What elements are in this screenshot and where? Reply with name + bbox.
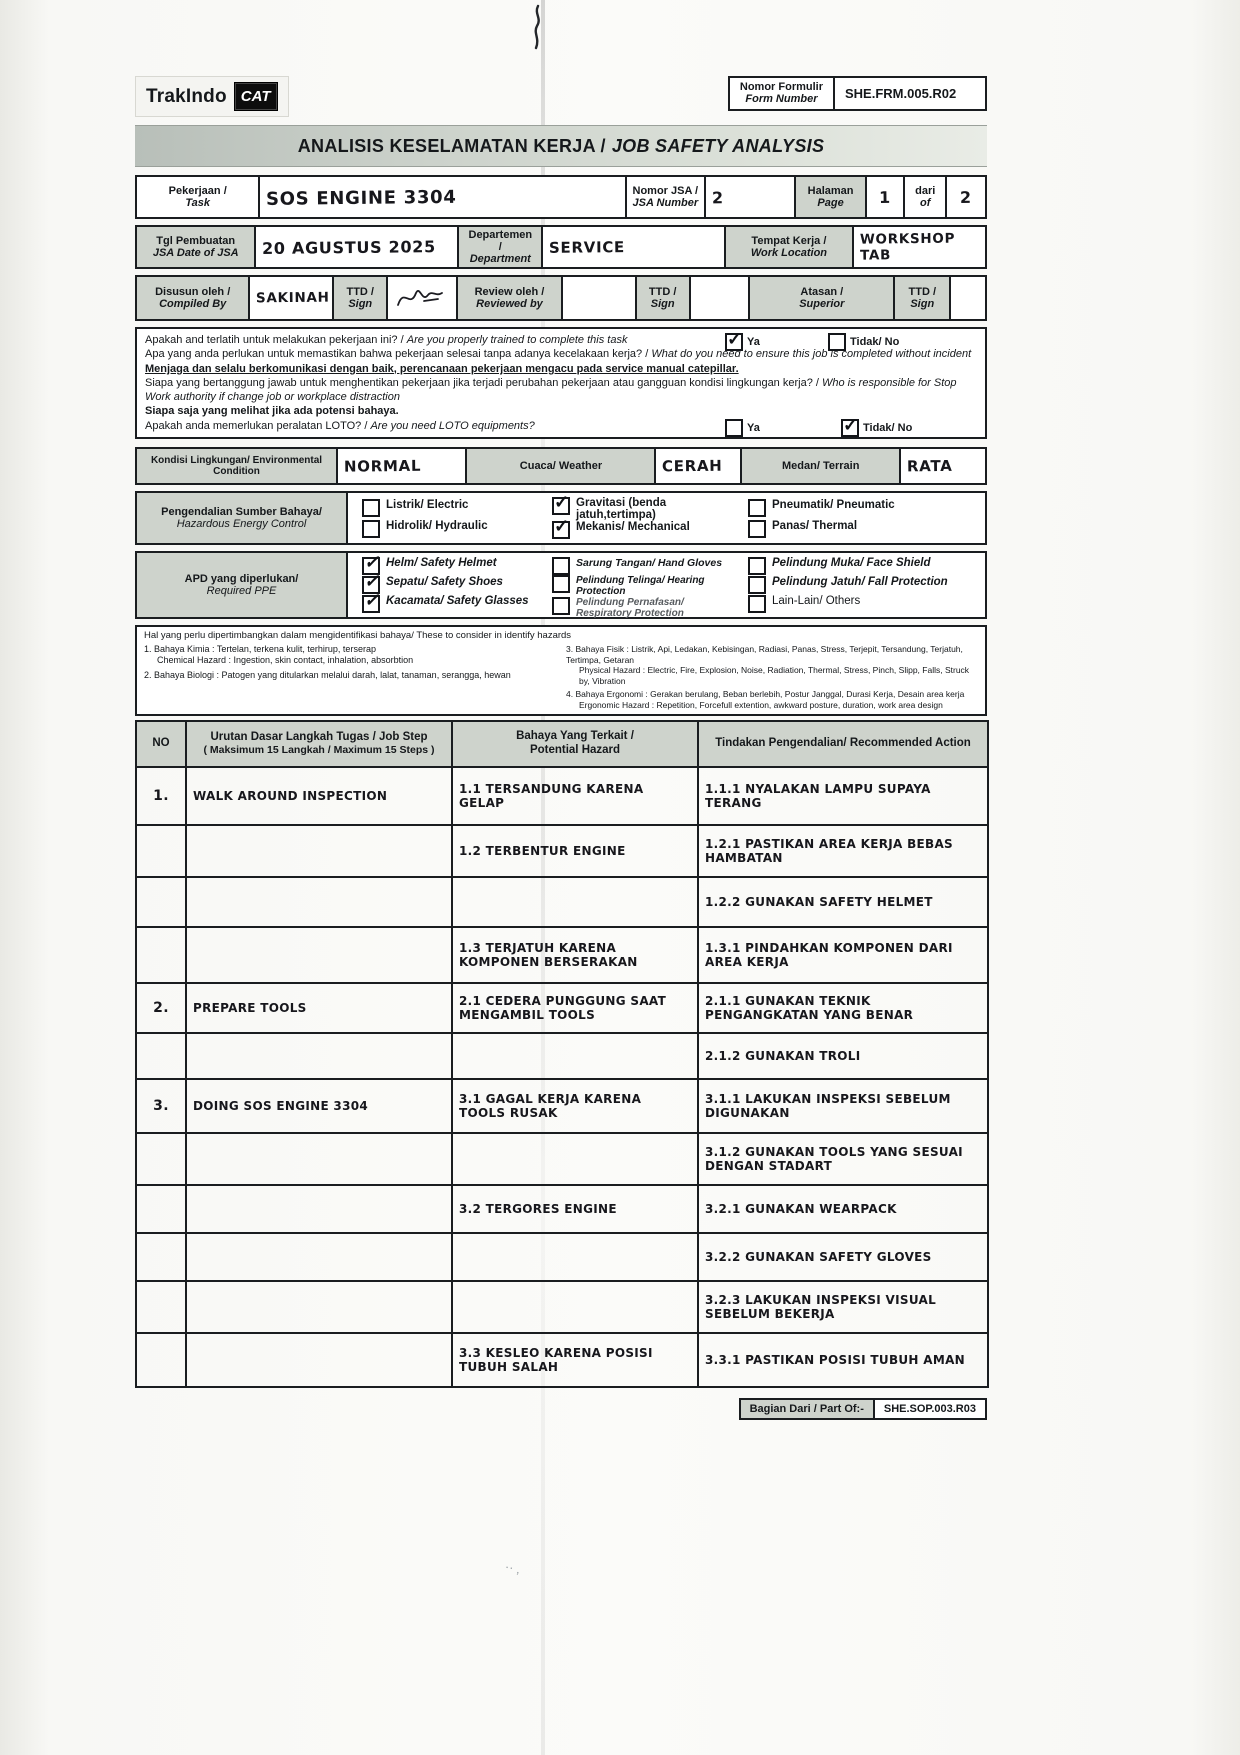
loto-no-checkbox [841, 419, 859, 437]
question-stop-work: Siapa yang bertanggung jawab untuk mengh… [145, 376, 977, 390]
part-of-value: SHE.SOP.003.R03 [873, 1398, 987, 1420]
brand-name: TrakIndo [146, 86, 227, 108]
form-title: ANALISIS KESELAMATAN KERJA / JOB SAFETY … [135, 125, 987, 167]
recommended-action: 3.2.1 GUNAKAN WEARPACK [698, 1185, 988, 1233]
jsa-steps-table: NO Urutan Dasar Langkah Tugas / Job Step… [135, 720, 989, 1388]
reviewed-by-value [561, 277, 635, 319]
potential-hazard: 3.2 TERGORES ENGINE [452, 1185, 698, 1233]
ppe-kacamata-checkbox [362, 595, 380, 613]
step-no: 1. [136, 767, 186, 825]
ppe-pelindung-muka-checkbox [748, 557, 766, 575]
potential-hazard: 1.3 TERJATUH KARENA KOMPONEN BERSERAKAN [452, 927, 698, 983]
job-step [186, 927, 452, 983]
potential-hazard: 2.1 CEDERA PUNGGUNG SAAT MENGAMBIL TOOLS [452, 983, 698, 1033]
superior-label: Atasan /Superior [748, 277, 893, 319]
note-ergonomic-id: 4. Bahaya Ergonomi : Gerakan berulang, B… [566, 689, 978, 700]
ppe-sarung-tangan: Sarung Tangan/ Hand Gloves [552, 557, 734, 575]
form-number-label: Nomor Formulir Form Number [730, 78, 835, 109]
ppe-label: APD yang diperlukan/Required PPE [137, 553, 346, 617]
ppe-kacamata: Kacamata/ Safety Glasses [362, 595, 538, 613]
table-row: 3.1.2 GUNAKAN TOOLS YANG SESUAI DENGAN S… [136, 1133, 988, 1185]
terrain-value: RATA [899, 449, 985, 483]
job-step [186, 1033, 452, 1079]
job-step [186, 1281, 452, 1333]
info-row-signatures: Disusun oleh /Compiled By SAKINAH TTD /S… [135, 275, 987, 321]
work-location-label: Tempat Kerja /Work Location [724, 227, 851, 267]
energy-panas: Panas/ Thermal [748, 520, 985, 538]
jsa-number-value: 2 [704, 177, 794, 217]
table-row: 2. PREPARE TOOLS 2.1 CEDERA PUNGGUNG SAA… [136, 983, 988, 1033]
energy-mekanis-checkbox [552, 521, 570, 539]
form-header: TrakIndo CAT Nomor Formulir Form Number … [135, 76, 987, 117]
recommended-action: 3.2.2 GUNAKAN SAFETY GLOVES [698, 1233, 988, 1281]
ppe-pelindung-jatuh: Pelindung Jatuh/ Fall Protection [748, 576, 985, 594]
energy-mekanis: Mekanis/ Mechanical [552, 521, 734, 539]
note-biological-id: 2. Bahaya Biologi : Patogen yang ditular… [144, 670, 556, 681]
weather-value: CERAH [654, 449, 740, 483]
col-header-hazard: Bahaya Yang Terkait / Potential Hazard [452, 721, 698, 767]
col-header-step: Urutan Dasar Langkah Tugas / Job Step ( … [186, 721, 452, 767]
job-step [186, 1333, 452, 1387]
job-step: DOING SOS ENGINE 3304 [186, 1079, 452, 1133]
task-value: SOS ENGINE 3304 [258, 177, 624, 217]
step-no [136, 1133, 186, 1185]
ppe-helm: Helm/ Safety Helmet [362, 557, 538, 575]
reviewed-by-label: Review oleh /Reviewed by [456, 277, 561, 319]
question-need-answer: Menjaga dan selalu berkomunikasi dengan … [145, 362, 977, 376]
energy-control-label: Pengendalian Sumber Bahaya/Hazardous Ene… [137, 493, 346, 543]
potential-hazard [452, 1133, 698, 1185]
step-no [136, 1333, 186, 1387]
step-no [136, 1281, 186, 1333]
table-row: 1.3 TERJATUH KARENA KOMPONEN BERSERAKAN … [136, 927, 988, 983]
weather-label: Cuaca/ Weather [465, 449, 654, 483]
table-row: 3.2.3 LAKUKAN INSPEKSI VISUAL SEBELUM BE… [136, 1281, 988, 1333]
environment-label: Kondisi Lingkungan/ Environmental Condit… [137, 449, 336, 483]
potential-hazard: 3.3 KESLEO KARENA POSISI TUBUH SALAH [452, 1333, 698, 1387]
potential-hazard: 1.2 TERBENTUR ENGINE [452, 825, 698, 877]
page-label: HalamanPage [794, 177, 866, 217]
part-of-label: Bagian Dari / Part Of:- [739, 1398, 873, 1420]
step-no [136, 825, 186, 877]
environment-value: NORMAL [336, 449, 465, 483]
potential-hazard [452, 1281, 698, 1333]
hazard-notes-right: 3. Bahaya Fisik : Listrik, Api, Ledakan,… [566, 644, 978, 711]
question-trained: Apakah and terlatih untuk melakukan peke… [145, 333, 977, 347]
ppe-sepatu: Sepatu/ Safety Shoes [362, 576, 538, 594]
ink-fold-mark [528, 4, 546, 55]
energy-listrik: Listrik/ Electric [362, 499, 538, 517]
job-step: PREPARE TOOLS [186, 983, 452, 1033]
question-loto: Apakah anda memerlukan peralatan LOTO? /… [145, 419, 977, 433]
energy-control-section: Pengendalian Sumber Bahaya/Hazardous Ene… [135, 491, 987, 545]
form-number-value: SHE.FRM.005.R02 [835, 78, 985, 109]
ppe-pelindung-telinga: Pelindung Telinga/ Hearing Protection [552, 575, 734, 597]
pre-job-questions: Apakah and terlatih untuk melakukan peke… [135, 327, 987, 439]
recommended-action: 1.2.1 PASTIKAN AREA KERJA BEBAS HAMBATAN [698, 825, 988, 877]
compiled-signature [386, 277, 456, 319]
hazard-identification-notes: Hal yang perlu dipertimbangkan dalam men… [135, 625, 987, 716]
table-row: 3. DOING SOS ENGINE 3304 3.1 GAGAL KERJA… [136, 1079, 988, 1133]
info-row-task: Pekerjaan /Task SOS ENGINE 3304 Nomor JS… [135, 175, 987, 219]
loto-option-no: Tidak/ No [841, 419, 912, 437]
note-ergonomic-en: Ergonomic Hazard : Repetition, Forcefull… [566, 700, 978, 711]
step-no [136, 1233, 186, 1281]
job-step [186, 1185, 452, 1233]
task-label: Pekerjaan /Task [137, 177, 258, 217]
recommended-action: 3.2.3 LAKUKAN INSPEKSI VISUAL SEBELUM BE… [698, 1281, 988, 1333]
step-no: 2. [136, 983, 186, 1033]
note-physical-id: 3. Bahaya Fisik : Listrik, Api, Ledakan,… [566, 644, 978, 665]
recommended-action: 1.2.2 GUNAKAN SAFETY HELMET [698, 877, 988, 927]
table-row: 2.1.2 GUNAKAN TROLI [136, 1033, 988, 1079]
info-row-date: Tgl PembuatanJSA Date of JSA 20 AGUSTUS … [135, 225, 987, 269]
step-no [136, 927, 186, 983]
date-value: 20 AGUSTUS 2025 [254, 227, 457, 267]
energy-listrik-checkbox [362, 499, 380, 517]
energy-panas-checkbox [748, 520, 766, 538]
table-row: 1.2 TERBENTUR ENGINE 1.2.1 PASTIKAN AREA… [136, 825, 988, 877]
recommended-action: 3.3.1 PASTIKAN POSISI TUBUH AMAN [698, 1333, 988, 1387]
energy-hidrolik-checkbox [362, 520, 380, 538]
potential-hazard [452, 1233, 698, 1281]
superior-signature [949, 277, 985, 319]
reviewed-signature [689, 277, 749, 319]
job-step [186, 877, 452, 927]
form-footer: Bagian Dari / Part Of:- SHE.SOP.003.R03 [135, 1398, 987, 1420]
potential-hazard: 1.1 TERSANDUNG KARENA GELAP [452, 767, 698, 825]
table-row: 3.2.2 GUNAKAN SAFETY GLOVES [136, 1233, 988, 1281]
step-no [136, 877, 186, 927]
potential-hazard: 3.1 GAGAL KERJA KARENA TOOLS RUSAK [452, 1079, 698, 1133]
page-of-label: dariof [903, 177, 945, 217]
col-header-no: NO [136, 721, 186, 767]
question-stop-work-line2: Work authority if change job or workplac… [145, 390, 977, 404]
recommended-action: 3.1.1 LAKUKAN INSPEKSI SEBELUM DIGUNAKAN [698, 1079, 988, 1133]
ppe-pelindung-jatuh-checkbox [748, 576, 766, 594]
reviewed-sign-label: TTD /Sign [635, 277, 689, 319]
ppe-pelindung-pernafasan-checkbox [552, 597, 570, 615]
energy-hidrolik: Hidrolik/ Hydraulic [362, 520, 538, 538]
jsa-form: TrakIndo CAT Nomor Formulir Form Number … [135, 76, 987, 1420]
hazard-notes-title: Hal yang perlu dipertimbangkan dalam men… [144, 630, 978, 642]
compiled-by-value: SAKINAH [248, 277, 332, 319]
recommended-action: 3.1.2 GUNAKAN TOOLS YANG SESUAI DENGAN S… [698, 1133, 988, 1185]
energy-pneumatik-checkbox [748, 499, 766, 517]
page-value: 1 [865, 177, 903, 217]
energy-gravitasi: Gravitasi (benda jatuh,tertimpa) [552, 497, 734, 521]
job-step [186, 1233, 452, 1281]
ppe-lain-lain: Lain-Lain/ Others [748, 595, 985, 613]
potential-hazard [452, 1033, 698, 1079]
table-row: 1.2.2 GUNAKAN SAFETY HELMET [136, 877, 988, 927]
compiled-sign-label: TTD /Sign [332, 277, 386, 319]
table-row: 3.2 TERGORES ENGINE 3.2.1 GUNAKAN WEARPA… [136, 1185, 988, 1233]
energy-pneumatik: Pneumatik/ Pneumatic [748, 499, 985, 517]
loto-option-yes: Ya [725, 419, 760, 437]
page-of-value: 2 [945, 177, 985, 217]
cat-logo-icon: CAT [234, 82, 278, 111]
superior-sign-label: TTD /Sign [893, 277, 949, 319]
hazard-notes-left: 1. Bahaya Kimia : Tertelan, terkena kuli… [144, 644, 556, 711]
recommended-action: 1.3.1 PINDAHKAN KOMPONEN DARI AREA KERJA [698, 927, 988, 983]
col-header-action: Tindakan Pengendalian/ Recommended Actio… [698, 721, 988, 767]
scan-smudge: ·· ‚ [504, 1559, 522, 1577]
table-row: 3.3 KESLEO KARENA POSISI TUBUH SALAH 3.3… [136, 1333, 988, 1387]
step-no [136, 1033, 186, 1079]
trakindo-logo: TrakIndo CAT [135, 76, 289, 117]
terrain-label: Medan/ Terrain [740, 449, 899, 483]
compiled-by-label: Disusun oleh /Compiled By [137, 277, 248, 319]
question-need: Apa yang anda perlukan untuk memastikan … [145, 347, 977, 361]
ppe-sarung-tangan-checkbox [552, 557, 570, 575]
loto-yes-checkbox [725, 419, 743, 437]
table-header-row: NO Urutan Dasar Langkah Tugas / Job Step… [136, 721, 988, 767]
conditions-row: Kondisi Lingkungan/ Environmental Condit… [135, 447, 987, 485]
recommended-action: 2.1.1 GUNAKAN TEKNIK PENGANGKATAN YANG B… [698, 983, 988, 1033]
ppe-section: APD yang diperlukan/Required PPE Helm/ S… [135, 551, 987, 619]
ppe-pelindung-pernafasan: Pelindung Pernafasan/ Respiratory Protec… [552, 597, 734, 619]
note-physical-en: Physical Hazard : Electric, Fire, Explos… [566, 665, 978, 686]
job-step [186, 825, 452, 877]
job-step: WALK AROUND INSPECTION [186, 767, 452, 825]
potential-hazard [452, 877, 698, 927]
recommended-action: 2.1.2 GUNAKAN TROLI [698, 1033, 988, 1079]
department-label: Departemen /Department [457, 227, 541, 267]
table-row: 1. WALK AROUND INSPECTION 1.1 TERSANDUNG… [136, 767, 988, 825]
ppe-pelindung-telinga-checkbox [552, 575, 570, 593]
work-location-value: WORKSHOP TAB [852, 227, 985, 267]
step-no [136, 1185, 186, 1233]
energy-gravitasi-checkbox [552, 497, 570, 515]
job-step [186, 1133, 452, 1185]
date-label: Tgl PembuatanJSA Date of JSA [137, 227, 254, 267]
department-value: SERVICE [541, 227, 724, 267]
step-no: 3. [136, 1079, 186, 1133]
recommended-action: 1.1.1 NYALAKAN LAMPU SUPAYA TERANG [698, 767, 988, 825]
note-chemical-en: Chemical Hazard : Ingestion, skin contac… [144, 655, 556, 666]
form-number-box: Nomor Formulir Form Number SHE.FRM.005.R… [728, 76, 987, 111]
note-chemical-id: 1. Bahaya Kimia : Tertelan, terkena kuli… [144, 644, 556, 655]
jsa-number-label: Nomor JSA /JSA Number [625, 177, 705, 217]
ppe-pelindung-muka: Pelindung Muka/ Face Shield [748, 557, 985, 575]
ppe-lain-lain-checkbox [748, 595, 766, 613]
